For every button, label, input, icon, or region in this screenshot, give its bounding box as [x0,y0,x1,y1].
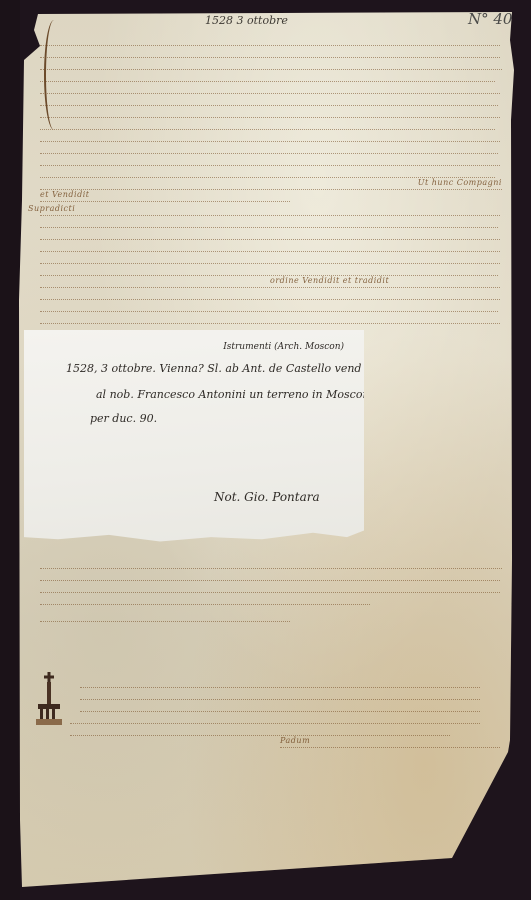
text-line [40,44,500,46]
text-line [40,226,498,228]
text-line [40,262,500,264]
text-line [40,591,500,593]
decorated-initial [44,20,64,130]
text-line [40,68,502,70]
text-line [40,152,498,154]
text-line [40,238,500,240]
text-line [40,128,495,130]
note-signature: Not. Gio. Pontara [214,490,320,504]
text-line [40,603,370,605]
background-edge [0,0,20,900]
text-line [40,116,500,118]
text-line [40,567,502,569]
text-line [40,80,495,82]
text-line: Padum [280,746,500,748]
notarial-signum-icon [34,672,64,726]
text-line [40,298,500,300]
text-line [40,104,498,106]
text-line [70,722,480,724]
text-line: et Vendidit [40,200,290,202]
note-reference: Istrumenti (Arch. Moscon) [223,342,344,352]
text-line: ordine Vendidit et tradidit [40,286,500,288]
document-number: N° 40 [468,10,512,28]
text-line: Supradicti [40,214,500,216]
note-line-1: 1528, 3 ottobre. Vienna? Sl. ab Ant. de … [66,362,361,375]
text-line [80,698,480,700]
text-line [40,92,500,94]
text-line [40,56,500,58]
text-line [40,322,500,324]
text-line [40,250,500,252]
text-line [40,164,500,166]
header-date-note: 1528 3 ottobre [205,14,288,27]
note-line-2: al nob. Francesco Antonini un terreno in… [96,388,370,401]
text-line [40,310,498,312]
text-line [40,140,500,142]
text-line [80,686,480,688]
text-line [40,579,500,581]
cross-icon [44,672,54,682]
text-line [40,620,290,622]
text-line: Ut hunc Compagni [40,188,502,190]
text-line [70,734,450,736]
note-line-3: per duc. 90. [90,412,157,425]
text-line [80,710,480,712]
text-line [40,274,498,276]
archival-note: Istrumenti (Arch. Moscon) 1528, 3 ottobr… [24,330,364,548]
